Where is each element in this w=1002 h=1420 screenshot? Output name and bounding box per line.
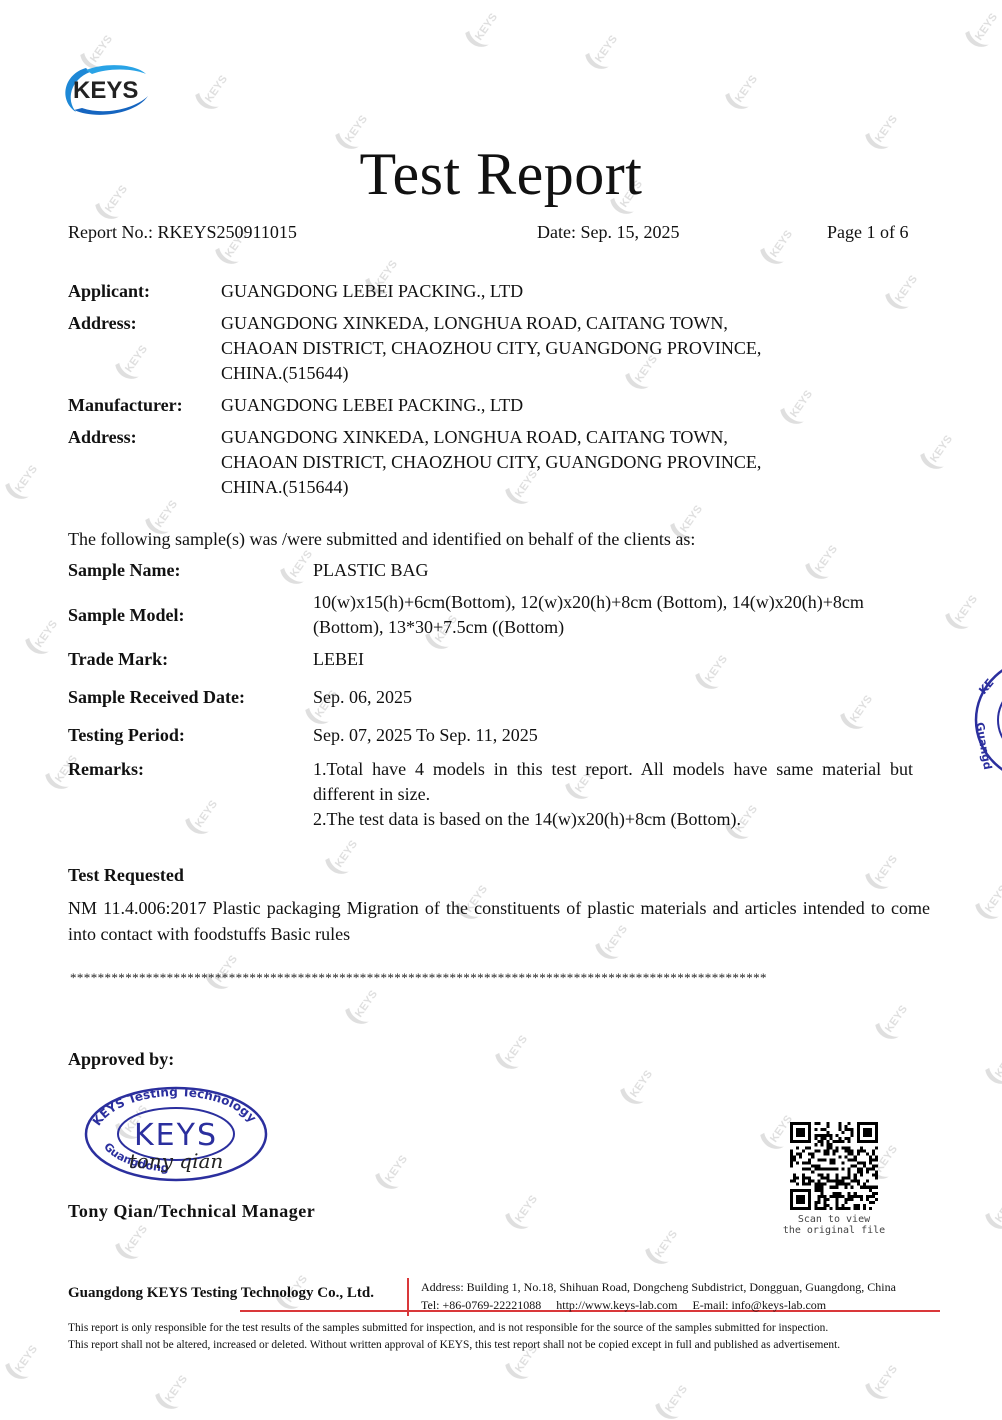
footer-email-link[interactable]: E-mail: info@keys-lab.com	[692, 1298, 826, 1312]
svg-text:KEYS: KEYS	[473, 11, 500, 42]
watermark-icon: KEYS	[190, 70, 234, 114]
sample-model-line-1: 10(w)x15(h)+6cm(Bottom), 12(w)x20(h)+8cm…	[313, 590, 864, 615]
sample-name-label: Sample Name:	[68, 558, 180, 583]
footer-company: Guangdong KEYS Testing Technology Co., L…	[68, 1285, 374, 1302]
received-date-label: Sample Received Date:	[68, 685, 245, 710]
svg-text:KEYS: KEYS	[893, 273, 920, 304]
approved-by-heading: Approved by:	[68, 1047, 174, 1072]
applicant-label: Applicant:	[68, 279, 150, 304]
test-requested-heading: Test Requested	[68, 863, 184, 888]
watermark-icon: KEYS	[20, 615, 64, 659]
svg-text:KEYS: KEYS	[788, 388, 815, 419]
watermark-icon: KEYS	[860, 850, 904, 894]
svg-text:KEYS: KEYS	[123, 343, 150, 374]
svg-text:KEYS: KEYS	[134, 1118, 218, 1153]
trade-mark-label: Trade Mark:	[68, 647, 168, 672]
keys-logo: KEYS	[56, 60, 156, 120]
svg-text:KEYS: KEYS	[983, 883, 1002, 914]
watermark-icon: KEYS	[860, 1360, 904, 1404]
watermark-icon: KEYS	[800, 540, 844, 584]
manufacturer-address-line-1: GUANGDONG XINKEDA, LONGHUA ROAD, CAITANG…	[221, 425, 728, 450]
watermark-icon: KEYS	[370, 1150, 414, 1194]
svg-text:KEYS: KEYS	[73, 77, 138, 104]
page-indicator: Page 1 of 6	[827, 222, 908, 243]
footer-disclaimer: This report is only responsible for the …	[68, 1320, 938, 1354]
svg-text:KEYS: KEYS	[993, 1193, 1002, 1224]
watermark-icon: KEYS	[460, 8, 504, 52]
watermark-icon: KEYS	[640, 1225, 684, 1269]
watermark-icon: KEYS	[980, 1190, 1002, 1234]
svg-text:KEYS: KEYS	[768, 228, 795, 259]
test-requested-text: NM 11.4.006:2017 Plastic packaging Migra…	[68, 895, 930, 947]
svg-text:KEYS: KEYS	[873, 1363, 900, 1394]
svg-text:Guangd: Guangd	[973, 721, 994, 770]
remark-item: 2.The test data is based on the 14(w)x20…	[313, 807, 913, 832]
watermark-icon: KEYS	[755, 225, 799, 269]
remark-item: 1.Total have 4 models in this test repor…	[313, 757, 913, 807]
applicant-address-label: Address:	[68, 311, 137, 336]
test-report-page: KEYSKEYSKEYSKEYSKEYSKEYSKEYSKEYSKEYSKEYS…	[0, 0, 1002, 1420]
footer-tel: Tel: +86-0769-22221088	[421, 1298, 541, 1312]
manufacturer-address-label: Address:	[68, 425, 137, 450]
watermark-icon: KEYS	[775, 385, 819, 429]
svg-text:KEYS: KEYS	[333, 838, 360, 869]
watermark-icon: KEYS	[870, 1000, 914, 1044]
footer-address: Address: Building 1, No.18, Shihuan Road…	[421, 1278, 896, 1296]
watermark-icon: KEYS	[340, 985, 384, 1029]
svg-text:KEYS: KEYS	[153, 498, 180, 529]
watermark-icon: KEYS	[150, 1370, 194, 1414]
applicant-address-line-1: GUANGDONG XINKEDA, LONGHUA ROAD, CAITANG…	[221, 311, 728, 336]
svg-text:tony qian: tony qian	[129, 1149, 224, 1173]
separator: ****************************************…	[70, 970, 930, 986]
watermark-icon: KEYS	[615, 1065, 659, 1109]
watermark-icon: KEYS	[110, 1220, 154, 1264]
svg-text:KEYS: KEYS	[383, 1153, 410, 1184]
watermark-icon: KEYS	[650, 1380, 694, 1420]
company-seal: KEYS Testing Technology Guangdong KEYS t…	[82, 1082, 270, 1182]
qr-caption: Scan to view the original file	[775, 1214, 893, 1236]
manufacturer-label: Manufacturer:	[68, 393, 183, 418]
page-title: Test Report	[0, 140, 1002, 209]
signer-name: Tony Qian/Technical Manager	[68, 1199, 315, 1224]
trade-mark-value: LEBEI	[313, 647, 364, 672]
watermark-icon: KEYS	[110, 340, 154, 384]
footer-website-link[interactable]: http://www.keys-lab.com	[556, 1298, 677, 1312]
watermark-icon: KEYS	[490, 1030, 534, 1074]
watermark-icon: KEYS	[980, 1045, 1002, 1089]
manufacturer-value: GUANGDONG LEBEI PACKING., LTD	[221, 393, 523, 418]
svg-text:KEYS: KEYS	[928, 433, 955, 464]
svg-text:KEYS: KEYS	[503, 1033, 530, 1064]
svg-text:KEYS: KEYS	[513, 1193, 540, 1224]
watermark-icon: KEYS	[690, 650, 734, 694]
watermark-icon: KEYS	[720, 70, 764, 114]
watermark-icon: KEYS	[500, 1190, 544, 1234]
svg-text:KEYS: KEYS	[13, 463, 40, 494]
svg-text:KEYS: KEYS	[203, 73, 230, 104]
applicant-address-line-3: CHINA.(515644)	[221, 361, 349, 386]
watermark-icon: KEYS	[180, 795, 224, 839]
report-number: Report No.: RKEYS250911015	[68, 222, 297, 243]
watermark-icon: KEYS	[320, 835, 364, 879]
svg-text:KEYS: KEYS	[813, 543, 840, 574]
watermark-icon: KEYS	[880, 270, 924, 314]
svg-text:KEYS: KEYS	[628, 1068, 655, 1099]
svg-text:KEYS: KEYS	[873, 853, 900, 884]
sample-model-label: Sample Model:	[68, 603, 185, 628]
manufacturer-address-line-2: CHAOAN DISTRICT, CHAOZHOU CITY, GUANGDON…	[221, 450, 761, 475]
watermark-icon: KEYS	[0, 1340, 44, 1384]
received-date-value: Sep. 06, 2025	[313, 685, 412, 710]
report-date: Date: Sep. 15, 2025	[537, 222, 679, 243]
watermark-icon: KEYS	[835, 690, 879, 734]
svg-text:KEYS: KEYS	[993, 1048, 1002, 1079]
manufacturer-address-line-3: CHINA.(515644)	[221, 475, 349, 500]
applicant-address-line-2: CHAOAN DISTRICT, CHAOZHOU CITY, GUANGDON…	[221, 336, 761, 361]
watermark-icon: KEYS	[940, 590, 984, 634]
svg-text:KEYS: KEYS	[33, 618, 60, 649]
svg-text:KEYS: KEYS	[123, 1223, 150, 1254]
sample-name-value: PLASTIC BAG	[313, 558, 429, 583]
svg-text:KEYS: KEYS	[973, 11, 1000, 42]
testing-period-label: Testing Period:	[68, 723, 185, 748]
svg-text:KEYS: KEYS	[193, 798, 220, 829]
watermark-icon: KEYS	[970, 880, 1002, 924]
remarks-label: Remarks:	[68, 757, 144, 782]
svg-text:KEYS: KEYS	[353, 988, 380, 1019]
svg-text:KEYS: KEYS	[663, 1383, 690, 1414]
watermark-icon: KEYS	[0, 460, 44, 504]
svg-text:KEYS: KEYS	[593, 33, 620, 64]
applicant-value: GUANGDONG LEBEI PACKING., LTD	[221, 279, 523, 304]
watermark-icon: KEYS	[580, 30, 624, 74]
svg-text:KEYS: KEYS	[703, 653, 730, 684]
svg-text:KEYS: KEYS	[733, 73, 760, 104]
sample-model-line-2: (Bottom), 13*30+7.5cm ((Bottom)	[313, 615, 564, 640]
edge-seal-fragment: KE Guangd	[972, 655, 1002, 785]
svg-text:KEYS: KEYS	[163, 1373, 190, 1404]
footer-contact: Address: Building 1, No.18, Shihuan Road…	[421, 1278, 896, 1314]
qr-code[interactable]	[790, 1122, 878, 1210]
remarks-list: 1.Total have 4 models in this test repor…	[313, 757, 913, 832]
svg-text:KEYS: KEYS	[653, 1228, 680, 1259]
watermark-icon: KEYS	[915, 430, 959, 474]
svg-text:KEYS: KEYS	[883, 1003, 910, 1034]
watermark-icon: KEYS	[960, 8, 1002, 52]
svg-text:KEYS: KEYS	[953, 593, 980, 624]
svg-text:KEYS: KEYS	[13, 1343, 40, 1374]
sample-intro: The following sample(s) was /were submit…	[68, 527, 695, 552]
testing-period-value: Sep. 07, 2025 To Sep. 11, 2025	[313, 723, 538, 748]
svg-text:KEYS: KEYS	[288, 548, 315, 579]
svg-text:KEYS: KEYS	[848, 693, 875, 724]
